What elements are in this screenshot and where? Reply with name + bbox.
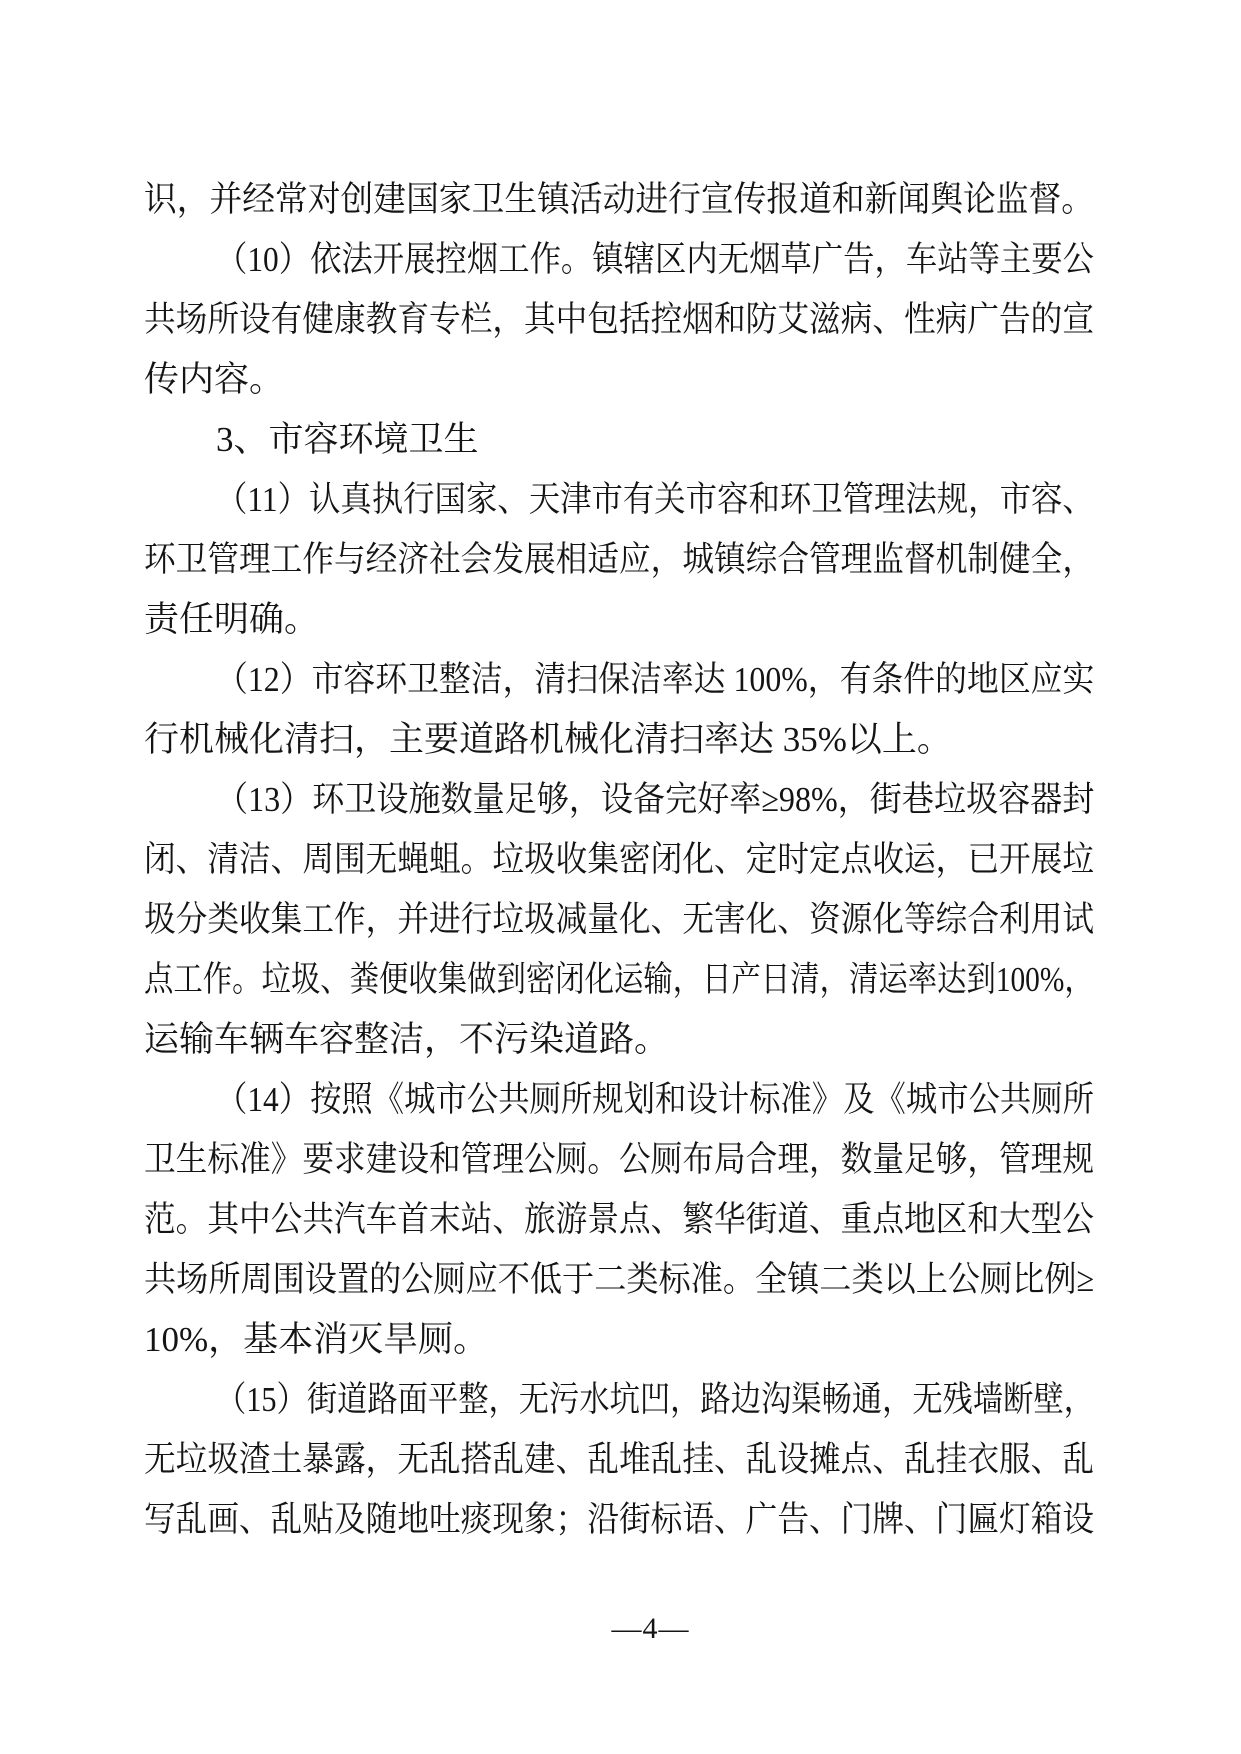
text-line-content: 写乱画、乱贴及随地吐痰现象；沿街标语、广告、门牌、门匾灯箱设: [144, 1490, 1094, 1550]
text-line-content: 共场所设有健康教育专栏，其中包括控烟和防艾滋病、性病广告的宣: [144, 290, 1094, 350]
text-line-content: 运输车辆车容整洁，不污染道路。: [144, 1010, 669, 1070]
text-line-content: 无垃圾渣土暴露，无乱搭乱建、乱堆乱挂、乱设摊点、乱挂衣服、乱: [144, 1430, 1094, 1490]
text-line-content: 圾分类收集工作，并进行垃圾减量化、无害化、资源化等综合利用试: [144, 890, 1094, 950]
text-line: （12）市容环卫整洁，清扫保洁率达 100%，有条件的地区应实: [144, 650, 1094, 710]
text-line: （10）依法开展控烟工作。镇辖区内无烟草广告，车站等主要公: [144, 230, 1094, 290]
text-line-content: 10%，基本消灭旱厕。: [144, 1310, 488, 1370]
text-line-content: （10）依法开展控烟工作。镇辖区内无烟草广告，车站等主要公: [216, 230, 1094, 290]
text-line-content: 环卫管理工作与经济社会发展相适应，城镇综合管理监督机制健全，: [144, 530, 1094, 590]
text-line: 10%，基本消灭旱厕。: [144, 1310, 1094, 1370]
text-line: 传内容。: [144, 350, 1094, 410]
text-line: 共场所周围设置的公厕应不低于二类标准。全镇二类以上公厕比例≥: [144, 1250, 1094, 1310]
text-line-content: 范。其中公共汽车首末站、旅游景点、繁华街道、重点地区和大型公: [144, 1190, 1094, 1250]
text-line: 范。其中公共汽车首末站、旅游景点、繁华街道、重点地区和大型公: [144, 1190, 1094, 1250]
document-body: 识，并经常对创建国家卫生镇活动进行宣传报道和新闻舆论监督。 （10）依法开展控烟…: [144, 170, 1094, 1550]
text-line-content: （12）市容环卫整洁，清扫保洁率达 100%，有条件的地区应实: [216, 650, 1094, 710]
text-line: （14）按照《城市公共厕所规划和设计标准》及《城市公共厕所: [144, 1070, 1094, 1130]
text-line: 无垃圾渣土暴露，无乱搭乱建、乱堆乱挂、乱设摊点、乱挂衣服、乱: [144, 1430, 1094, 1490]
text-line: （11）认真执行国家、天津市有关市容和环卫管理法规，市容、: [144, 470, 1094, 530]
text-line: 卫生标准》要求建设和管理公厕。公厕布局合理，数量足够，管理规: [144, 1130, 1094, 1190]
text-line-content: （11）认真执行国家、天津市有关市容和环卫管理法规，市容、: [216, 470, 1094, 530]
document-page: 识，并经常对创建国家卫生镇活动进行宣传报道和新闻舆论监督。 （10）依法开展控烟…: [0, 0, 1241, 1754]
text-line: 闭、清洁、周围无蝇蛆。垃圾收集密闭化、定时定点收运，已开展垃: [144, 830, 1094, 890]
text-line-content: 传内容。: [144, 350, 284, 410]
text-line-content: 点工作。垃圾、粪便收集做到密闭化运输，日产日清，清运率达到100%，: [144, 950, 1094, 1010]
text-line-content: 责任明确。: [144, 590, 319, 650]
text-line: 圾分类收集工作，并进行垃圾减量化、无害化、资源化等综合利用试: [144, 890, 1094, 950]
text-line: 识，并经常对创建国家卫生镇活动进行宣传报道和新闻舆论监督。: [144, 170, 1094, 230]
text-line-content: 卫生标准》要求建设和管理公厕。公厕布局合理，数量足够，管理规: [144, 1130, 1094, 1190]
text-line: 共场所设有健康教育专栏，其中包括控烟和防艾滋病、性病广告的宣: [144, 290, 1094, 350]
text-line-content: （13）环卫设施数量足够，设备完好率≥98%，街巷垃圾容器封: [216, 770, 1094, 830]
text-line: 点工作。垃圾、粪便收集做到密闭化运输，日产日清，清运率达到100%，: [144, 950, 1094, 1010]
text-line: 环卫管理工作与经济社会发展相适应，城镇综合管理监督机制健全，: [144, 530, 1094, 590]
text-line: （13）环卫设施数量足够，设备完好率≥98%，街巷垃圾容器封: [144, 770, 1094, 830]
text-line-content: （15）街道路面平整，无污水坑凹，路边沟渠畅通，无残墙断壁，: [216, 1370, 1094, 1430]
text-line: 行机械化清扫，主要道路机械化清扫率达 35%以上。: [144, 710, 1094, 770]
page-number: —4—: [0, 1612, 1241, 1646]
text-line: 写乱画、乱贴及随地吐痰现象；沿街标语、广告、门牌、门匾灯箱设: [144, 1490, 1094, 1550]
text-line-content: 识，并经常对创建国家卫生镇活动进行宣传报道和新闻舆论监督。: [144, 170, 1094, 230]
section-heading-text: 3、市容环境卫生: [216, 410, 479, 470]
text-line: 责任明确。: [144, 590, 1094, 650]
text-line-content: 闭、清洁、周围无蝇蛆。垃圾收集密闭化、定时定点收运，已开展垃: [144, 830, 1094, 890]
text-line-content: 共场所周围设置的公厕应不低于二类标准。全镇二类以上公厕比例≥: [144, 1250, 1094, 1310]
text-line-content: 行机械化清扫，主要道路机械化清扫率达 35%以上。: [144, 710, 952, 770]
text-line: 运输车辆车容整洁，不污染道路。: [144, 1010, 1094, 1070]
text-line-content: （14）按照《城市公共厕所规划和设计标准》及《城市公共厕所: [216, 1070, 1094, 1130]
text-line: （15）街道路面平整，无污水坑凹，路边沟渠畅通，无残墙断壁，: [144, 1370, 1094, 1430]
section-heading: 3、市容环境卫生: [144, 410, 1094, 470]
